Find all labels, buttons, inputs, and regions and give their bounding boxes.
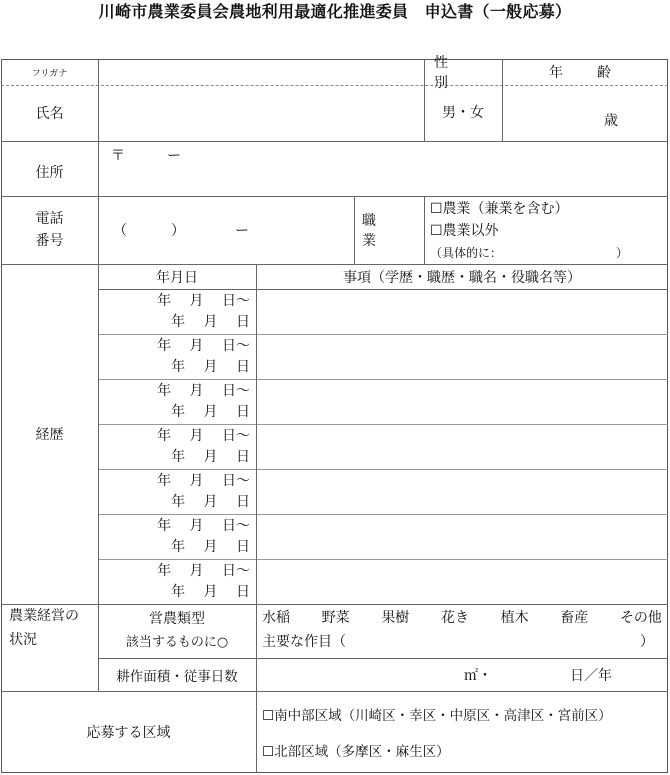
occupation-options: ☐農業（兼業を含む） ☐農業以外 （具体的に： ） xyxy=(430,198,665,266)
main-crops-label: 主要な作目（ xyxy=(262,630,346,654)
age-unit: 歳 xyxy=(604,110,618,130)
divider xyxy=(424,196,425,264)
postal-dash: ー xyxy=(167,145,181,165)
history-col-date: 年月日 xyxy=(98,264,256,289)
history-item-input[interactable] xyxy=(257,514,668,559)
district-options: ☐南中部区域（川崎区・幸区・中原区・高津区・宮前区） ☐北部区域（多摩区・麻生区… xyxy=(262,698,662,768)
address-label: 住所 xyxy=(1,141,98,196)
age-input[interactable]: 歳 xyxy=(502,85,668,141)
phone-dash: ー xyxy=(235,220,249,240)
district-option-north[interactable]: ☐北部区域（多摩区・麻生区） xyxy=(262,734,662,770)
occupation-option-non-farming[interactable]: ☐農業以外 xyxy=(430,220,665,242)
history-label: 経歴 xyxy=(1,264,98,604)
gender-select[interactable]: 男・女 xyxy=(424,85,502,141)
history-date-cell[interactable]: 年 月 日～年 月 日 xyxy=(98,514,256,559)
phone-label: 電話 番号 xyxy=(1,196,98,264)
history-item-input[interactable] xyxy=(257,469,668,514)
farming-type-option[interactable]: 水稲 xyxy=(262,606,290,630)
phone-input[interactable]: （ ） ー xyxy=(99,196,354,264)
farming-type-option[interactable]: 植木 xyxy=(501,606,529,630)
history-date-cell[interactable]: 年 月 日～年 月 日 xyxy=(98,469,256,514)
name-input[interactable] xyxy=(99,85,424,141)
history-item-input[interactable] xyxy=(257,559,668,604)
district-label: 応募する区域 xyxy=(1,691,256,773)
farming-type-option[interactable]: 花き xyxy=(441,606,469,630)
postal-mark: 〒 xyxy=(111,145,125,165)
farming-types: 水稲 野菜 果樹 花き 植木 畜産 その他 主要な作目（ ） xyxy=(262,606,662,656)
history-item-input[interactable] xyxy=(257,379,668,424)
phone-close-paren: ） xyxy=(171,220,185,240)
farming-label: 農業経営の 状況 xyxy=(1,604,98,691)
address-input[interactable]: 〒 ー xyxy=(99,141,668,196)
history-item-input[interactable] xyxy=(257,424,668,469)
gender-header: 性 別 xyxy=(424,59,502,85)
page-title: 川崎市農業委員会農地利用最適化推進委員 申込書（一般応募） xyxy=(0,0,670,26)
days-unit: 日／年 xyxy=(570,665,612,685)
occupation-specify[interactable]: （具体的に： ） xyxy=(430,242,665,264)
phone-label-line2: 番号 xyxy=(36,230,64,252)
area-days-label: 耕作面積・従事日数 xyxy=(98,658,256,691)
farming-type-option[interactable]: 果樹 xyxy=(381,606,409,630)
occupation-label: 職 業 xyxy=(354,196,424,264)
main-crops-close: ） xyxy=(640,630,662,654)
phone-label-line1: 電話 xyxy=(36,208,64,230)
farming-label-line2: 状況 xyxy=(9,628,37,652)
name-label: 氏名 xyxy=(1,85,98,141)
age-header: 年 齢 xyxy=(502,59,668,85)
history-date-cell[interactable]: 年 月 日～年 月 日 xyxy=(98,424,256,469)
farming-label-line1: 農業経営の xyxy=(9,604,79,628)
history-date-cell[interactable]: 年 月 日～年 月 日 xyxy=(98,334,256,379)
farming-type-title: 営農類型 xyxy=(149,607,205,631)
history-date-cell[interactable]: 年 月 日～年 月 日 xyxy=(98,379,256,424)
history-col-item: 事項（学歴・職歴・職名・役職名等） xyxy=(256,264,668,289)
furigana-input[interactable] xyxy=(99,59,424,85)
area-days-input[interactable]: ㎡・ 日／年 xyxy=(257,658,668,691)
farming-type-option[interactable]: 野菜 xyxy=(322,606,350,630)
history-item-input[interactable] xyxy=(257,334,668,379)
farming-type-option[interactable]: 畜産 xyxy=(560,606,588,630)
history-item-input[interactable] xyxy=(257,289,668,334)
farming-type-label: 営農類型 該当するものに○ xyxy=(98,604,256,658)
history-date-cell[interactable]: 年 月 日～年 月 日 xyxy=(98,289,256,334)
phone-open-paren: （ xyxy=(113,220,127,240)
furigana-label: フリガナ xyxy=(1,59,98,85)
district-option-south-central[interactable]: ☐南中部区域（川崎区・幸区・中原区・高津区・宮前区） xyxy=(262,698,662,734)
farming-type-option[interactable]: その他 xyxy=(620,606,662,630)
main-crops-input[interactable]: 主要な作目（ ） xyxy=(262,630,662,654)
area-unit: ㎡・ xyxy=(464,665,492,685)
occupation-option-farming[interactable]: ☐農業（兼業を含む） xyxy=(430,198,665,220)
farming-type-hint: 該当するものに○ xyxy=(126,631,228,655)
history-date-cell[interactable]: 年 月 日～年 月 日 xyxy=(98,559,256,604)
